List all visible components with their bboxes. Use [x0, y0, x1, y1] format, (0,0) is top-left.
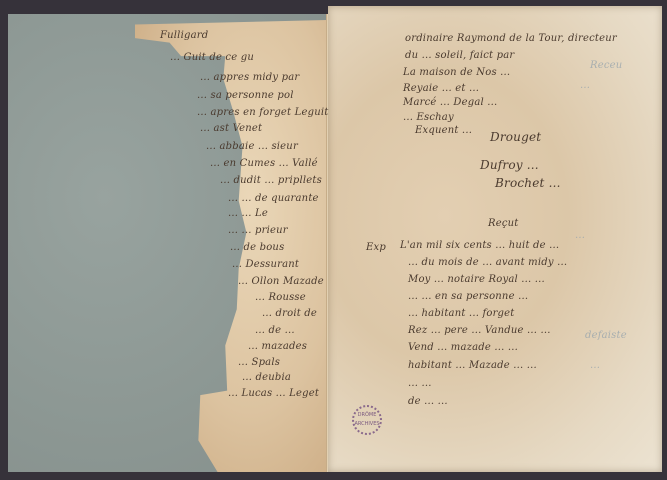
- bleed-through-text: ...: [575, 230, 585, 241]
- right-line: Exquent ...: [415, 125, 472, 136]
- body-line: Moy ... notaire Royal ... ...: [408, 274, 545, 285]
- bleed-through-text: Receu: [590, 60, 622, 71]
- body-line: ... ... en sa personne ...: [408, 291, 528, 302]
- left-line: ... ... prieur: [228, 225, 288, 236]
- left-line: ... sa personne pol: [197, 90, 294, 101]
- right-line: Marcé ... Degal ...: [403, 97, 497, 108]
- left-line: ... ... de quarante: [228, 193, 319, 204]
- left-line: ... ... Le: [228, 208, 268, 219]
- left-line: ... abbaie ... sieur: [206, 141, 298, 152]
- left-line: ... en Cumes ... Vallé: [210, 158, 318, 169]
- left-line: ... mazades: [248, 341, 307, 352]
- bleed-through-text: ...: [590, 360, 600, 371]
- archives-stamp: DRÔME ARCHIVES: [352, 405, 382, 435]
- right-line: Reyaie ... et ...: [403, 83, 479, 94]
- left-line: ... Dessurant: [232, 259, 299, 270]
- stamp-line: ARCHIVES: [354, 420, 380, 429]
- left-line: ... Rousse: [255, 292, 306, 303]
- left-line: ... de ...: [255, 325, 295, 336]
- right-line: La maison de Nos ...: [403, 67, 510, 78]
- left-line: ... deubia: [242, 372, 291, 383]
- right-line: ... Eschay: [403, 112, 454, 123]
- body-line: ... du mois de ... avant midy ...: [408, 257, 567, 268]
- left-line: ... Guit de ce gu: [170, 52, 254, 63]
- left-line: ... apres en forget Leguit: [197, 107, 328, 118]
- left-line: ... Ollon Mazade: [238, 276, 324, 287]
- left-line: ... Spals: [238, 357, 280, 368]
- stamp-line: DRÔME: [354, 411, 380, 420]
- body-line: de ... ...: [408, 396, 448, 407]
- right-line: ordinaire Raymond de la Tour, directeur: [405, 33, 617, 44]
- bleed-through-text: ...: [580, 80, 590, 91]
- right-line: du ... soleil, faict par: [405, 50, 514, 61]
- body-line: Rez ... pere ... Vandue ... ...: [408, 325, 551, 336]
- left-line: ... appres midy par: [200, 72, 299, 83]
- margin-note: Exp: [366, 242, 386, 253]
- left-line: ... droit de: [262, 308, 317, 319]
- left-line: ... dudit ... pripllets: [220, 175, 322, 186]
- bleed-through-text: defaiste: [585, 330, 627, 341]
- left-heading: Fulligard: [160, 30, 208, 41]
- body-line: habitant ... Mazade ... ...: [408, 360, 537, 371]
- section-heading: Reçut: [488, 218, 519, 229]
- body-line: ... habitant ... forget: [408, 308, 515, 319]
- body-line: L'an mil six cents ... huit de ...: [400, 240, 559, 251]
- left-line: ... de bous: [230, 242, 284, 253]
- signature: Brochet ...: [495, 176, 561, 190]
- left-line: ... Lucas ... Leget: [228, 388, 319, 399]
- signature: Drouget: [490, 130, 541, 144]
- body-line: ... ...: [408, 378, 432, 389]
- signature: Dufroy ...: [480, 158, 539, 172]
- body-line: Vend ... mazade ... ...: [408, 342, 518, 353]
- left-line: ... ast Venet: [200, 123, 262, 134]
